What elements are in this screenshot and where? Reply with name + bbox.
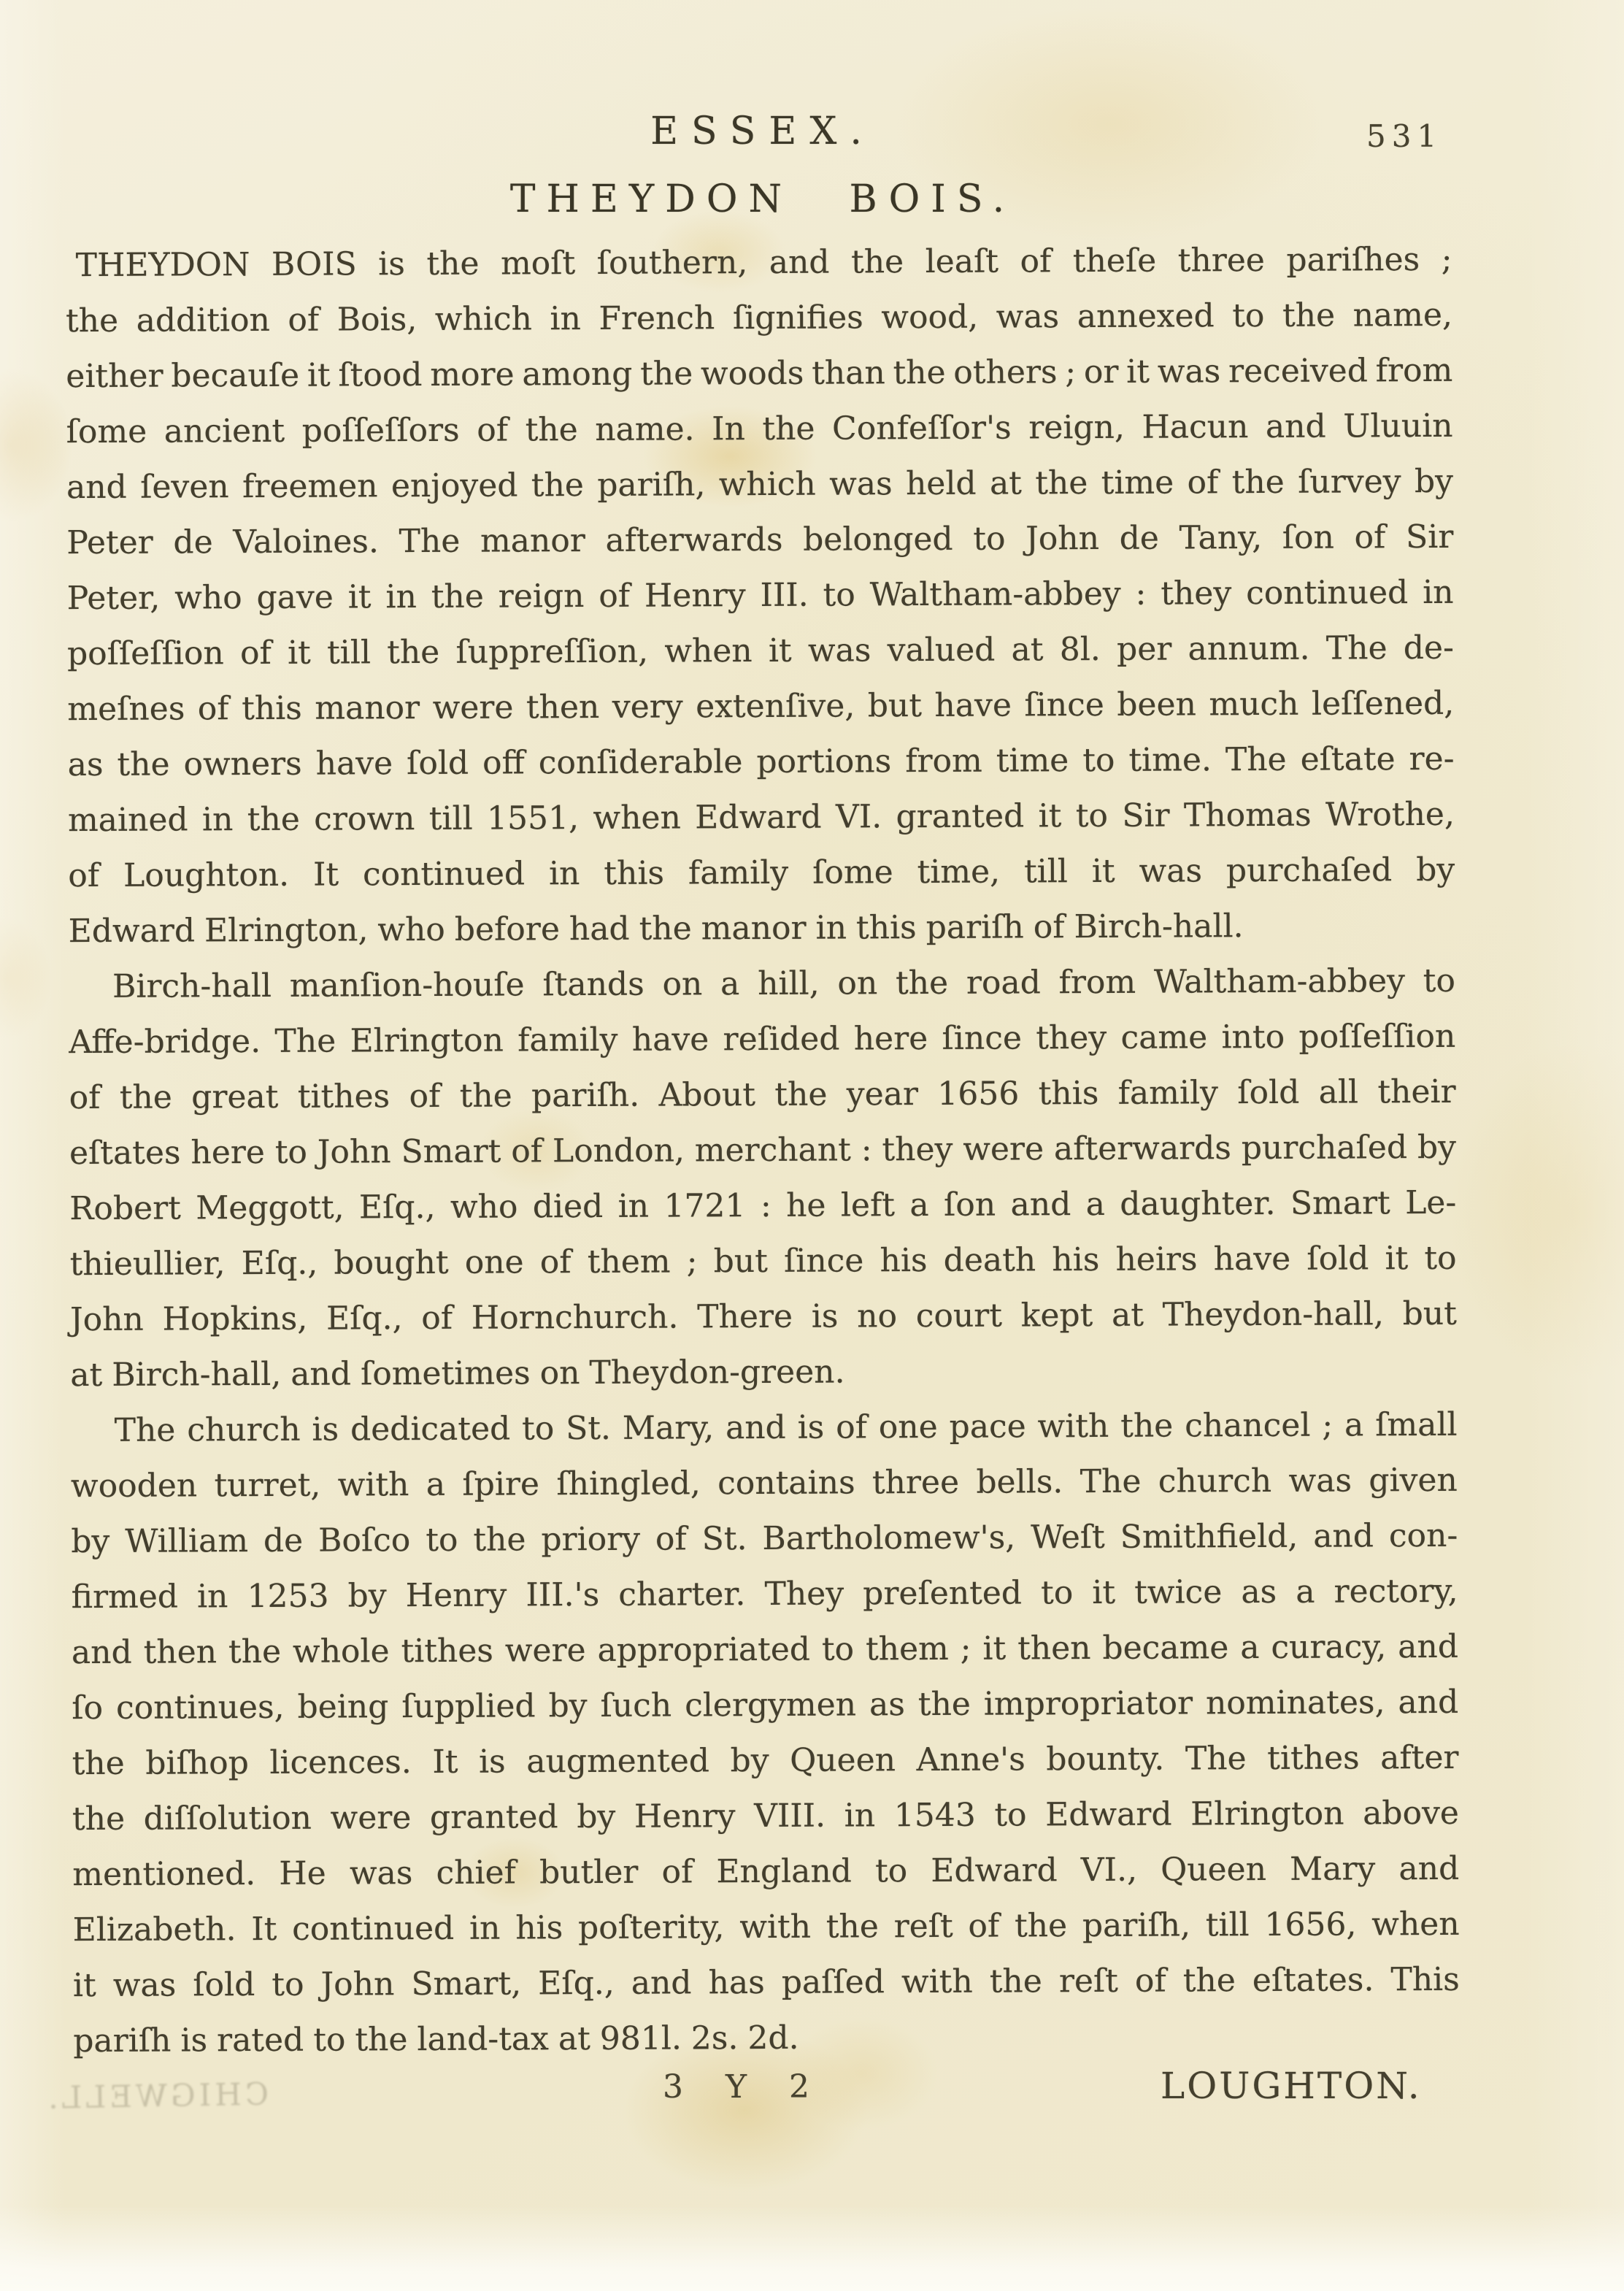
show-through-text: CHIGWELL.	[64, 2076, 269, 2116]
text-line: thieullier,Eſq.,boughtoneofthem;butſince…	[70, 1231, 1457, 1292]
text-line: ThechurchisdedicatedtoSt.Mary,andisofone…	[71, 1397, 1458, 1459]
text-line: astheownershaveſoldoffconſiderableportio…	[68, 732, 1455, 793]
signature-mark: 3 Y 2	[663, 2068, 826, 2106]
text-line: Peter,whogaveitinthereignofHenryIII.toWa…	[67, 565, 1454, 626]
text-line: andſevenfreemenenjoyedthepariſh,whichwas…	[66, 454, 1453, 515]
text-line: ſomeancientpoſſeſſorsofthename.IntheConf…	[66, 399, 1453, 460]
text-line: Birch-hallmanſion-houſeſtandsonahill,ont…	[69, 953, 1455, 1015]
text-line: poſſeſſionofittilltheſuppreſſion,whenitw…	[67, 621, 1454, 682]
text-line: JohnHopkins,Eſq.,ofHornchurch.Thereisnoc…	[70, 1286, 1457, 1348]
paragraph: THEYDONBOISisthemoſtſouthern,andtheleaſt…	[66, 232, 1455, 959]
book-page: ESSEX. 531 THEYDON BOIS. THEYDONBOISisth…	[0, 0, 1624, 2291]
text-line: theadditionofBois,whichinFrenchſignifies…	[66, 288, 1452, 349]
text-line: mainedinthecrowntill1551,whenEdwardVI.gr…	[68, 787, 1455, 848]
text-line: eitherbecauſeitſtoodmoreamongthewoodstha…	[66, 343, 1452, 404]
text-line: firmedin1253byHenryIII.'scharter.Theypre…	[71, 1564, 1458, 1625]
running-title: ESSEX.	[69, 110, 1456, 153]
text-line: THEYDONBOISisthemoſtſouthern,andtheleaſt…	[66, 232, 1452, 293]
text-line: PeterdeValoines.Themanorafterwardsbelong…	[66, 510, 1453, 571]
text-line: pariſhisratedtotheland-taxat981l.2s.2d.	[73, 2008, 1460, 2069]
text-line: Elizabeth.Itcontinuedinhispoſterity,with…	[72, 1897, 1459, 1958]
page-number: 531	[1366, 118, 1442, 154]
text-line: ofLoughton.Itcontinuedinthisfamilyſometi…	[68, 843, 1455, 904]
body-text: THEYDONBOISisthemoſtſouthern,andtheleaſt…	[66, 232, 1461, 2069]
text-line: itwasſoldtoJohnSmart,Eſq.,andhaspaſſedwi…	[73, 1952, 1460, 2014]
text-line: andthenthewholetitheswereappropriatedtot…	[72, 1619, 1458, 1681]
text-line: ſocontinues,beingſuppliedbyſuchclergymen…	[72, 1675, 1458, 1736]
text-line: woodenturret,withaſpireſhingled,contains…	[71, 1453, 1458, 1514]
text-line: byWilliamdeBoſcototheprioryofSt.Bartholo…	[71, 1508, 1458, 1570]
text-line: EdwardElrington,whobeforehadthemanorinth…	[69, 898, 1455, 959]
text-line: thebiſhoplicences.ItisaugmentedbyQueenAn…	[72, 1730, 1458, 1792]
text-line: atBirch-hall,andſometimesonTheydon-green…	[70, 1342, 1457, 1403]
section-title: THEYDON BOIS.	[69, 177, 1456, 221]
text-line: ofthegreattithesofthepariſh.Abouttheyear…	[69, 1064, 1456, 1126]
catchword: LOUGHTON.	[1161, 2065, 1422, 2107]
paragraph: ThechurchisdedicatedtoSt.Mary,andisofone…	[71, 1397, 1461, 2069]
text-line: meſnesofthismanorwerethenveryextenſive,b…	[67, 676, 1454, 737]
text-line: eſtatesheretoJohnSmartofLondon,merchant:…	[69, 1120, 1456, 1181]
text-line: mentioned.HewaschiefbutlerofEnglandtoEdw…	[72, 1841, 1459, 1903]
text-line: thediſſolutionweregrantedbyHenryVIII.in1…	[72, 1786, 1459, 1847]
text-line: RobertMeggott,Eſq.,whodiedin1721:helefta…	[69, 1175, 1456, 1237]
text-line: Affe-bridge.TheElringtonfamilyhavereſide…	[69, 1009, 1455, 1070]
paragraph: Birch-hallmanſion-houſeſtandsonahill,ont…	[69, 953, 1458, 1403]
